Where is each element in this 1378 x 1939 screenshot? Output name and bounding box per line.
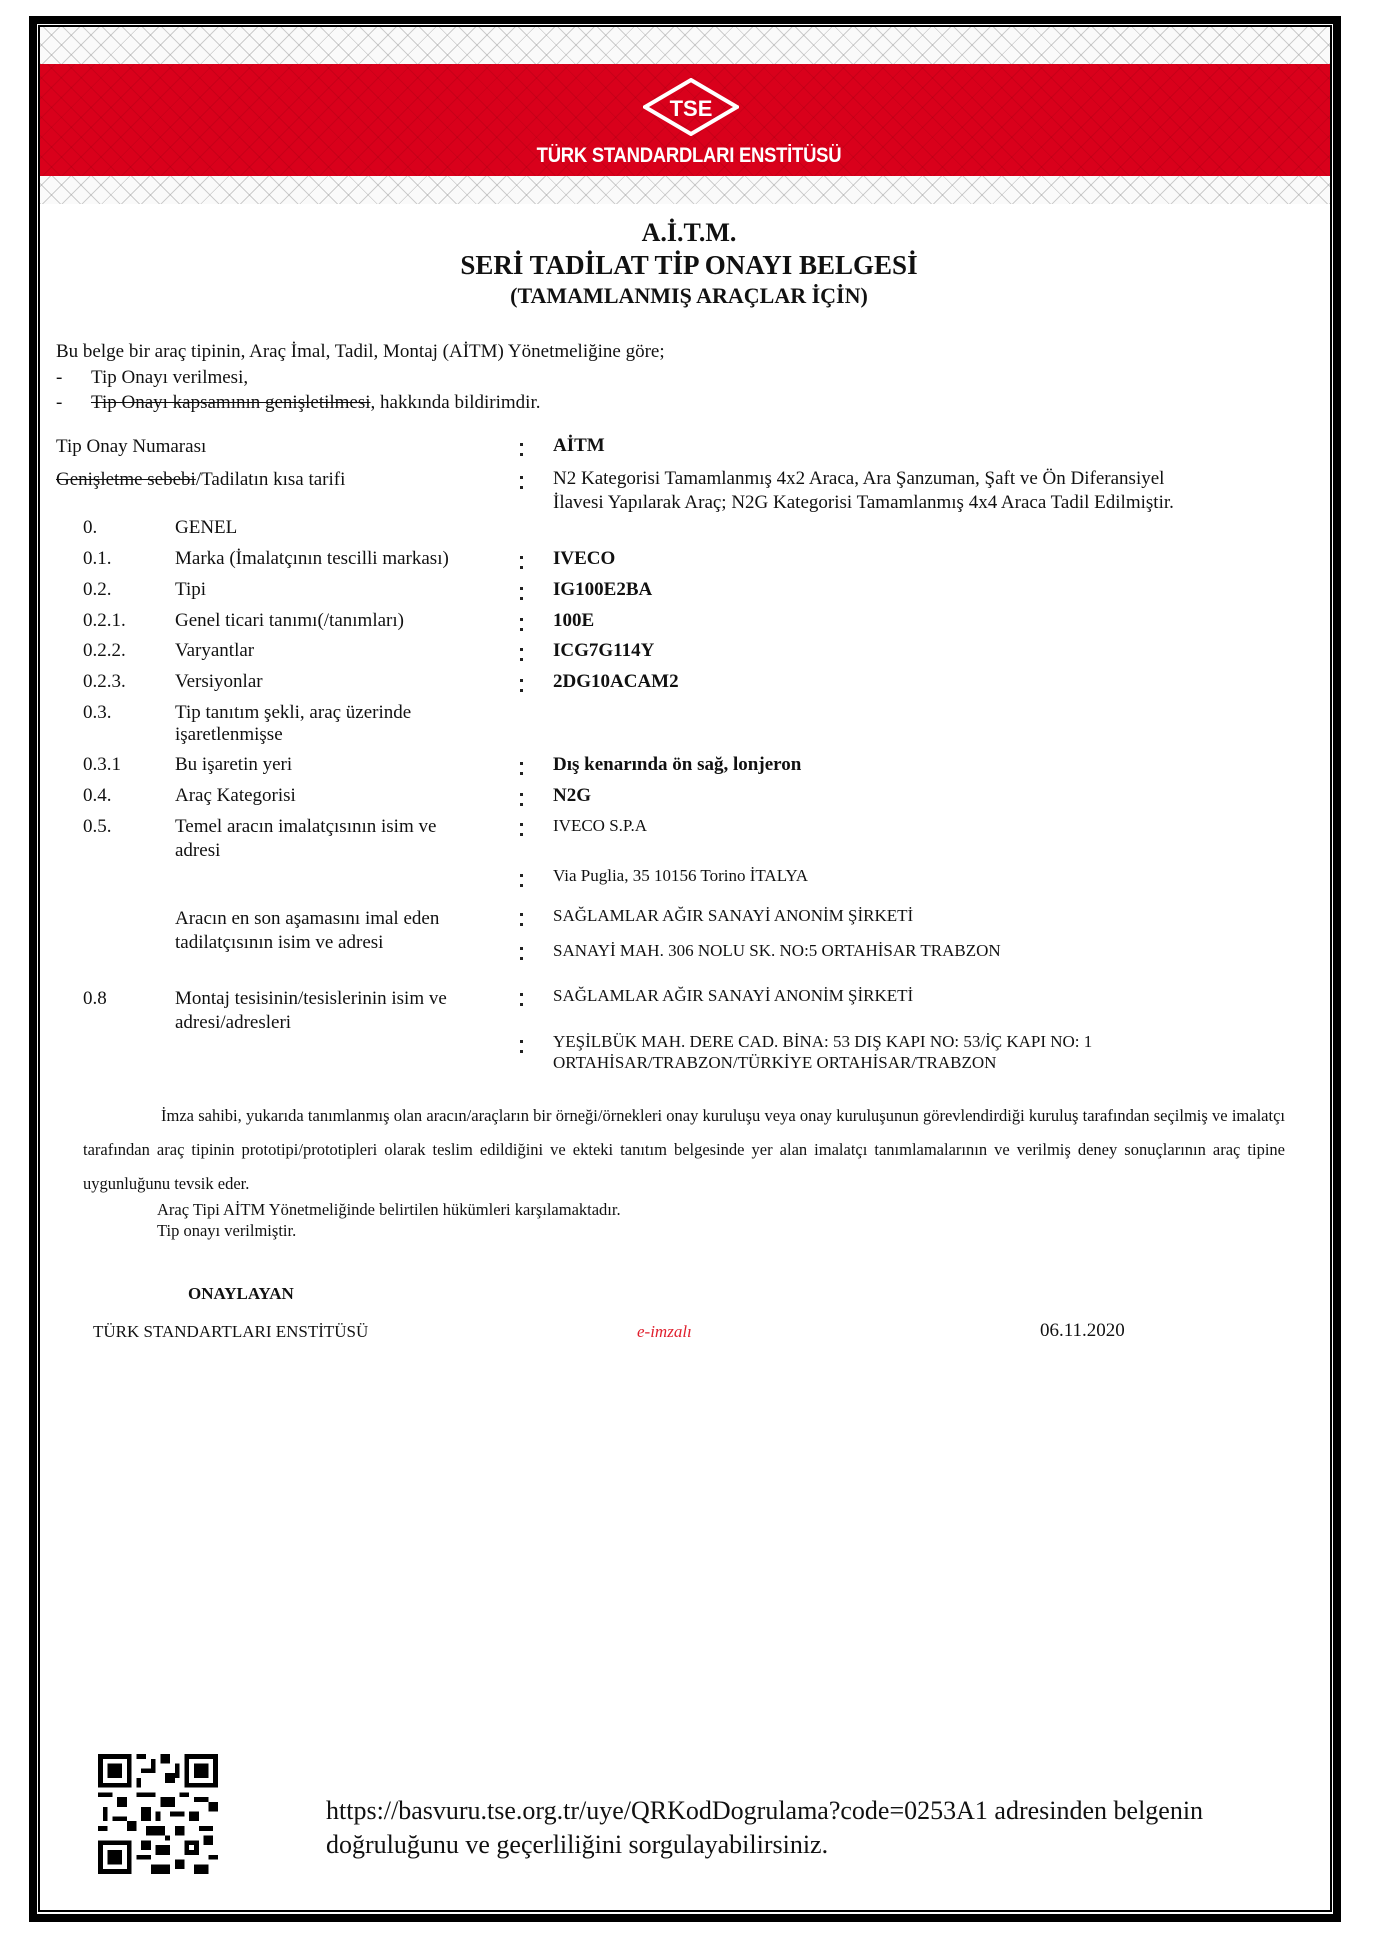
verification-line-1[interactable]: https://basvuru.tse.org.tr/uye/QRKodDogr… <box>326 1794 1326 1828</box>
type-label: Tipi <box>175 577 206 602</box>
intro-item-1: Tip Onayı verilmesi, <box>91 367 248 389</box>
id-marking-label-2: işaretlenmişse <box>175 722 283 747</box>
section-num: 0.8 <box>83 988 107 1010</box>
colon <box>520 947 524 967</box>
category-value: N2G <box>553 783 591 808</box>
colon <box>520 823 524 843</box>
commercial-name-value: 100E <box>553 608 594 633</box>
declaration-paragraph: İmza sahibi, yukarıda tanımlanmış olan a… <box>83 1099 1285 1201</box>
variants-value: ICG7G114Y <box>553 638 654 663</box>
versions-label: Versiyonlar <box>175 669 263 694</box>
category-label: Araç Kategorisi <box>175 783 296 808</box>
approval-number-value: AİTM <box>553 433 605 458</box>
section-label-genel: GENEL <box>175 515 237 540</box>
verification-line-2: doğruluğunu ve geçerliliğini sorgulayabi… <box>326 1828 1326 1862</box>
short-description-label: Genişletme sebebi/Tadilatın kısa tarifi <box>56 469 345 491</box>
colon <box>520 648 524 668</box>
colon <box>520 762 524 782</box>
colon <box>520 556 524 576</box>
brand-value: IVECO <box>553 546 615 571</box>
final-stage-address: SANAYİ MAH. 306 NOLU SK. NO:5 ORTAHİSAR … <box>553 940 1001 962</box>
section-num: 0.4. <box>83 785 112 807</box>
colon <box>520 587 524 607</box>
colon <box>520 793 524 813</box>
base-manufacturer-address: Via Puglia, 35 10156 Torino İTALYA <box>553 865 808 887</box>
colon <box>520 913 524 933</box>
intro-item-2-struck: Tip Onayı kapsamının genişletilmesi <box>91 392 371 413</box>
commercial-name-label: Genel ticari tanımı(/tanımları) <box>175 608 404 633</box>
section-num: 0.2. <box>83 579 112 601</box>
header-pattern-top <box>40 27 1330 64</box>
verification-text: https://basvuru.tse.org.tr/uye/QRKodDogr… <box>326 1794 1326 1862</box>
colon <box>520 618 524 638</box>
short-description-label-struck: Genişletme sebebi <box>56 469 196 490</box>
assembly-label-2: adresi/adresleri <box>175 1010 291 1035</box>
approval-date: 06.11.2020 <box>1040 1320 1125 1342</box>
declaration-note-1: Araç Tipi AİTM Yönetmeliğinde belirtilen… <box>157 1200 621 1220</box>
svg-text:TSE: TSE <box>670 96 713 121</box>
approver-heading: ONAYLAYAN <box>188 1284 294 1304</box>
colon <box>520 443 524 463</box>
section-num: 0.3. <box>83 702 112 724</box>
versions-value: 2DG10ACAM2 <box>553 669 679 694</box>
final-stage-name: SAĞLAMLAR AĞIR SANAYİ ANONİM ŞİRKETİ <box>553 905 913 927</box>
section-num: 0.3.1 <box>83 754 121 776</box>
colon <box>520 993 524 1013</box>
approval-number-label: Tip Onay Numarası <box>56 436 206 458</box>
approver-organization: TÜRK STANDARTLARI ENSTİTÜSÜ <box>93 1322 368 1342</box>
colon <box>520 476 524 496</box>
doc-title-abbrev: A.İ.T.M. <box>0 218 1378 248</box>
header-org-name: TÜRK STANDARDLARI ENSTİTÜSÜ <box>83 144 1296 168</box>
section-num: 0.5. <box>83 816 112 838</box>
declaration-text: İmza sahibi, yukarıda tanımlanmış olan a… <box>83 1106 1285 1193</box>
header-pattern-bottom <box>40 176 1330 204</box>
variants-label: Varyantlar <box>175 638 254 663</box>
intro-item-2-rest: , hakkında bildirimdir. <box>371 392 541 413</box>
final-stage-label-1: Aracın en son aşamasını imal eden <box>175 906 439 931</box>
tse-logo-icon: TSE <box>643 78 739 136</box>
colon <box>520 874 524 894</box>
short-description-line1: N2 Kategorisi Tamamlanmış 4x2 Araca, Ara… <box>553 466 1164 491</box>
qr-code-icon[interactable] <box>98 1754 218 1874</box>
colon <box>520 679 524 699</box>
short-description-line2: İlavesi Yapılarak Araç; N2G Kategorisi T… <box>553 490 1174 515</box>
assembly-label-1: Montaj tesisinin/tesislerinin isim ve <box>175 986 447 1011</box>
short-description-label-text: /Tadilatın kısa tarifi <box>196 469 346 490</box>
base-manufacturer-label-2: adresi <box>175 838 220 863</box>
section-num: 0.1. <box>83 548 112 570</box>
base-manufacturer-name: IVECO S.P.A <box>553 815 647 837</box>
brand-label: Marka (İmalatçının tescilli markası) <box>175 546 449 571</box>
assembly-address-2: ORTAHİSAR/TRABZON/TÜRKİYE ORTAHİSAR/TRAB… <box>553 1052 996 1074</box>
final-stage-label-2: tadilatçısının isim ve adresi <box>175 930 383 955</box>
intro-dash-2: - <box>56 392 62 414</box>
doc-subtitle: (TAMAMLANMIŞ ARAÇLAR İÇİN) <box>0 283 1378 309</box>
doc-title: SERİ TADİLAT TİP ONAYI BELGESİ <box>0 250 1378 281</box>
type-value: IG100E2BA <box>553 577 652 602</box>
colon <box>520 1040 524 1060</box>
section-num: 0.2.1. <box>83 610 126 632</box>
intro-text: Bu belge bir araç tipinin, Araç İmal, Ta… <box>56 341 665 363</box>
section-num: 0. <box>83 517 97 539</box>
e-signature-mark: e-imzalı <box>637 1322 692 1342</box>
declaration-note-2: Tip onayı verilmiştir. <box>157 1221 296 1241</box>
intro-dash-1: - <box>56 367 62 389</box>
intro-item-2: Tip Onayı kapsamının genişletilmesi, hak… <box>91 392 540 414</box>
marking-location-label: Bu işaretin yeri <box>175 752 292 777</box>
assembly-name: SAĞLAMLAR AĞIR SANAYİ ANONİM ŞİRKETİ <box>553 985 913 1007</box>
section-num: 0.2.3. <box>83 671 126 693</box>
section-num: 0.2.2. <box>83 640 126 662</box>
assembly-address-1: YEŞİLBÜK MAH. DERE CAD. BİNA: 53 DIŞ KAP… <box>553 1031 1092 1053</box>
base-manufacturer-label-1: Temel aracın imalatçısının isim ve <box>175 814 436 839</box>
marking-location-value: Dış kenarında ön sağ, lonjeron <box>553 752 801 777</box>
